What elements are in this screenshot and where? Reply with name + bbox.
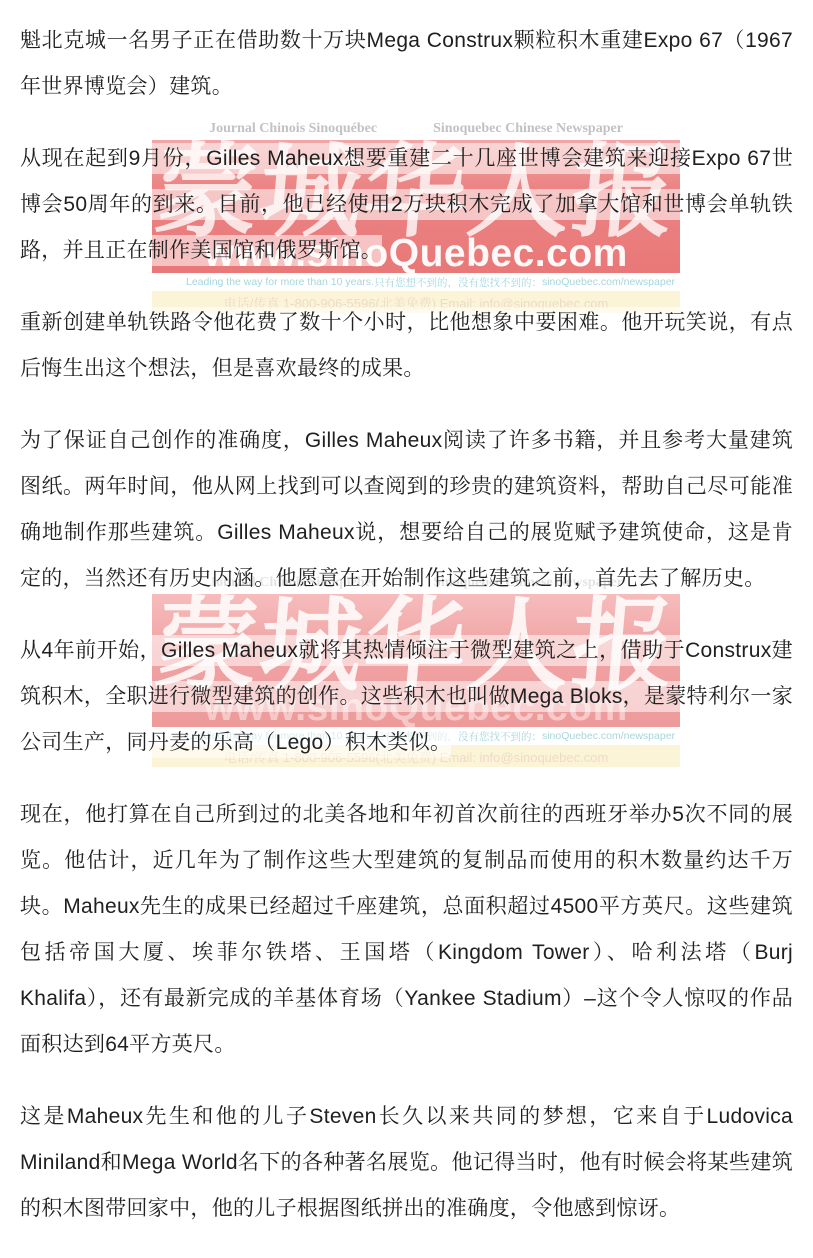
paragraph-text: 从4年前开始，Gilles Maheux就将其热情倾注于微型建筑之上，借助于Co… [20, 635, 793, 758]
paragraph-monorail: 重新创建单轨铁路令他花费了数十个小时，比他想象中要困难。他开玩笑说，有点后悔生出… [20, 300, 793, 392]
paragraph-text: 为了保证自己创作的准确度，Gilles Maheux阅读了许多书籍，并且参考大量… [20, 425, 793, 594]
paragraph-research: 为了保证自己创作的准确度，Gilles Maheux阅读了许多书籍，并且参考大量… [20, 418, 793, 602]
article-body: 魁北克城一名男子正在借助数十万块Mega Construx颗粒积木重建Expo … [0, 0, 813, 1232]
paragraph-intro: 魁北克城一名男子正在借助数十万块Mega Construx颗粒积木重建Expo … [20, 18, 793, 110]
paragraph-text: 这是Maheux先生和他的儿子Steven长久以来共同的梦想，它来自于Ludov… [20, 1101, 793, 1224]
paragraph-rebuild-plan: 从现在起到9月份，Gilles Maheux想要重建二十几座世博会建筑来迎接Ex… [20, 136, 793, 274]
article-page: Journal Chinois Sinoquébec Sinoquebec Ch… [0, 0, 813, 1258]
paragraph-exhibitions: 现在，他打算在自己所到过的北美各地和年初首次前往的西班牙举办5次不同的展览。他估… [20, 792, 793, 1068]
paragraph-family-dream: 这是Maheux先生和他的儿子Steven长久以来共同的梦想，它来自于Ludov… [20, 1094, 793, 1232]
paragraph-construx-background: 从4年前开始，Gilles Maheux就将其热情倾注于微型建筑之上，借助于Co… [20, 628, 793, 766]
paragraph-text: 魁北克城一名男子正在借助数十万块Mega Construx颗粒积木重建Expo … [20, 25, 793, 102]
paragraph-text: 现在，他打算在自己所到过的北美各地和年初首次前往的西班牙举办5次不同的展览。他估… [20, 799, 793, 1060]
paragraph-text: 从现在起到9月份，Gilles Maheux想要重建二十几座世博会建筑来迎接Ex… [20, 143, 793, 266]
paragraph-text: 重新创建单轨铁路令他花费了数十个小时，比他想象中要困难。他开玩笑说，有点后悔生出… [20, 307, 793, 384]
